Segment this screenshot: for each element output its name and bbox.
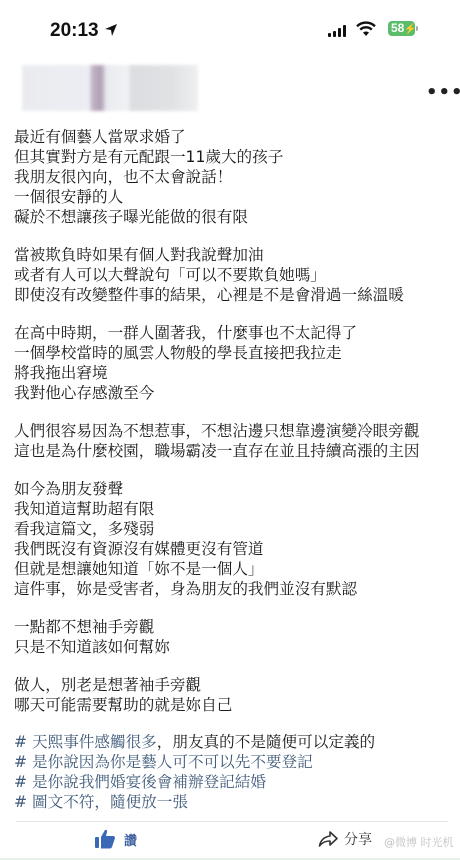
thumbs-up-icon	[94, 828, 116, 850]
hashtag-trailing-text: ，朋友真的不是隨便可以定義的	[157, 733, 375, 751]
status-time: 20:13	[50, 20, 99, 42]
location-arrow-icon	[104, 23, 118, 37]
share-label: 分享	[344, 829, 372, 849]
hashtag-link[interactable]: # 天熙事件感觸很多	[14, 733, 157, 751]
hashtag-line: # 圖文不符，隨便放一張	[14, 792, 454, 812]
text-line: 在高中時期，一群人圍著我，什麼事也不太記得了	[14, 323, 454, 343]
text-line: 即使沒有改變整件事的結果，心裡是不是會滑過一絲溫暖	[14, 285, 454, 305]
text-line: 礙於不想讓孩子曝光能做的很有限	[14, 207, 454, 227]
paragraph: 如今為朋友發聲 我知道這幫助超有限 看我這篇文，多殘弱 我們既沒有資源沒有媒體更…	[14, 479, 454, 599]
text-line: 但就是想讓她知道「妳不是一個人」	[14, 559, 454, 579]
post-body: 最近有個藝人當眾求婚了 但其實對方是有元配跟一11歲大的孩子 我朋友很內向，也不…	[14, 127, 454, 715]
text-line: 我朋友很內向，也不太會說話！	[14, 167, 454, 187]
paragraph: 當被欺負時如果有個人對我說聲加油 或者有人可以大聲說句「可以不要欺負她嗎」 即使…	[14, 245, 454, 305]
text-line: 如今為朋友發聲	[14, 479, 454, 499]
hashtag-link[interactable]: # 是你說因為你是藝人可不可以先不要登記	[14, 753, 313, 771]
hashtag-line: # 是你說我們婚宴後會補辦登記結婚	[14, 772, 454, 792]
text-line: 或者有人可以大聲說句「可以不要欺負她嗎」	[14, 265, 454, 285]
text-line: 但其實對方是有元配跟一11歲大的孩子	[14, 147, 454, 167]
text-line: 做人，別老是想著袖手旁觀	[14, 675, 454, 695]
post-header: •••	[0, 62, 460, 122]
text-line: 一個很安靜的人	[14, 187, 454, 207]
text-line: 我知道這幫助超有限	[14, 499, 454, 519]
hashtag-line: # 是你說因為你是藝人可不可以先不要登記	[14, 752, 454, 772]
text-line: 最近有個藝人當眾求婚了	[14, 127, 454, 147]
text-line: 只是不知道該如何幫妳	[14, 637, 454, 657]
paragraph: 最近有個藝人當眾求婚了 但其實對方是有元配跟一11歲大的孩子 我朋友很內向，也不…	[14, 127, 454, 227]
share-button[interactable]: 分享	[318, 829, 372, 849]
paragraph: 人們很容易因為不想惹事，不想沾邊只想靠邊演變冷眼旁觀 這也是為什麼校園，職場霸凌…	[14, 421, 454, 461]
hashtag-link[interactable]: # 是你說我們婚宴後會補辦登記結婚	[14, 773, 266, 791]
text-line: 人們很容易因為不想惹事，不想沾邊只想靠邊演變冷眼旁觀	[14, 421, 454, 441]
hashtag-list: # 天熙事件感觸很多，朋友真的不是隨便可以定義的 # 是你說因為你是藝人可不可以…	[14, 732, 454, 812]
share-arrow-icon	[318, 830, 338, 848]
action-bar: 讚 分享 @微博 时光机	[0, 822, 460, 860]
battery-cap	[416, 26, 418, 31]
cellular-signal-icon	[328, 25, 346, 37]
text-line: 一點都不想袖手旁觀	[14, 617, 454, 637]
text-line: 當被欺負時如果有個人對我說聲加油	[14, 245, 454, 265]
text-line: 這件事，妳是受害者，身為朋友的我們並沒有默認	[14, 579, 454, 599]
charging-bolt-icon: ⚡	[404, 24, 416, 35]
text-line: 看我這篇文，多殘弱	[14, 519, 454, 539]
battery-indicator: 58⚡	[388, 21, 415, 36]
text-line: 一個學校當時的風雲人物般的學長直接把我拉走	[14, 343, 454, 363]
author-name-redacted[interactable]	[22, 65, 198, 111]
text-line: 我對他心存感激至今	[14, 383, 454, 403]
watermark: @微博 时光机	[384, 834, 454, 850]
status-bar: 20:13 58⚡	[0, 0, 460, 52]
like-button[interactable]: 讚	[94, 828, 137, 850]
hashtag-link[interactable]: # 圖文不符，隨便放一張	[14, 793, 188, 811]
paragraph: 一點都不想袖手旁觀 只是不知道該如何幫妳	[14, 617, 454, 657]
more-options-icon[interactable]: •••	[426, 82, 460, 103]
paragraph: 做人，別老是想著袖手旁觀 哪天可能需要幫助的就是妳自己	[14, 675, 454, 715]
like-label: 讚	[124, 830, 137, 849]
text-line: 這也是為什麼校園，職場霸凌一直存在並且持續高漲的主因	[14, 441, 454, 461]
text-line: 哪天可能需要幫助的就是妳自己	[14, 695, 454, 715]
text-line: 將我拖出窘境	[14, 363, 454, 383]
wifi-icon	[356, 21, 376, 37]
hashtag-line: # 天熙事件感觸很多，朋友真的不是隨便可以定義的	[14, 732, 454, 752]
battery-percent: 58	[391, 21, 404, 35]
text-line: 我們既沒有資源沒有媒體更沒有管道	[14, 539, 454, 559]
paragraph: 在高中時期，一群人圍著我，什麼事也不太記得了 一個學校當時的風雲人物般的學長直接…	[14, 323, 454, 403]
